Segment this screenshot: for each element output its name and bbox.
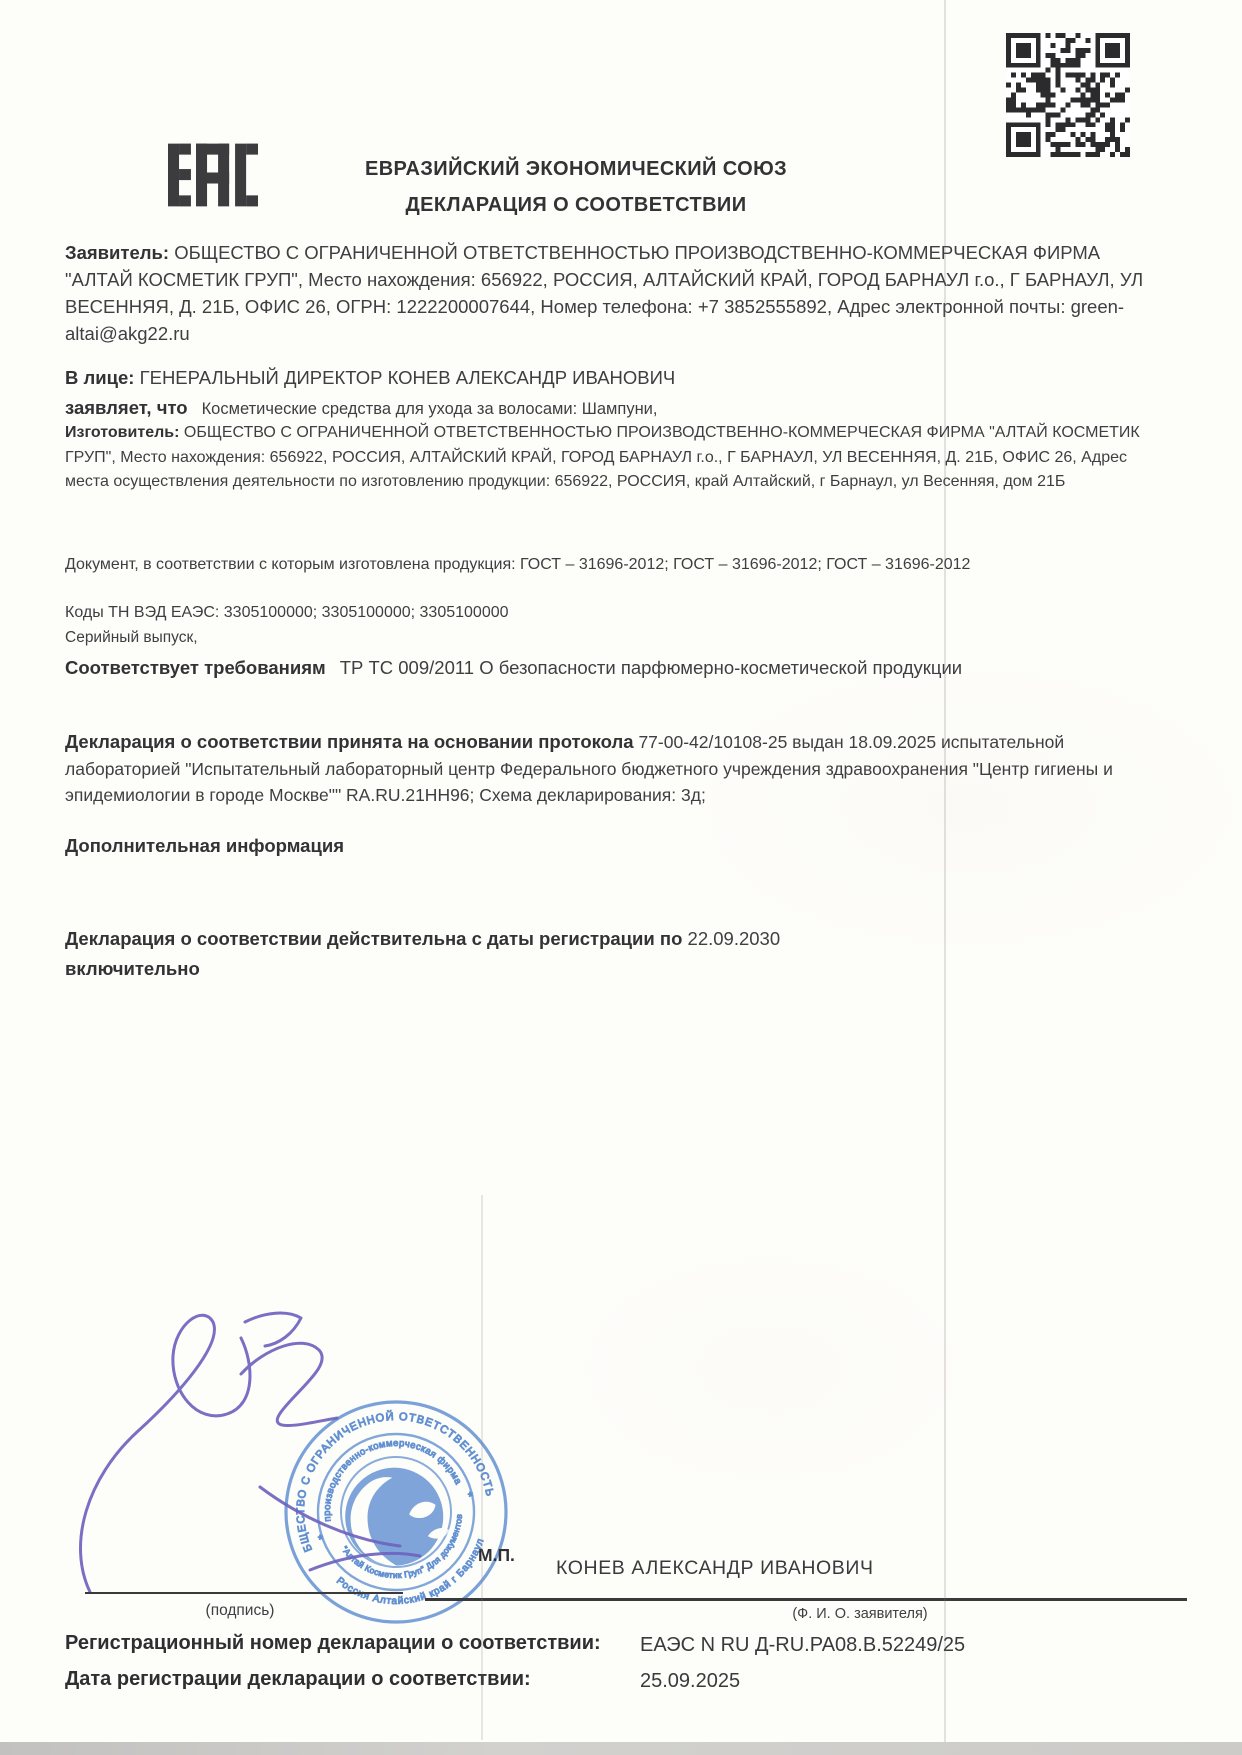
- in-person-label: В лице:: [65, 367, 134, 388]
- production-document-section: Документ, в соответствии с которым изгот…: [65, 553, 1165, 577]
- signature-caption: (подпись): [150, 1602, 330, 1620]
- scan-edge-shadow: [0, 1742, 1242, 1755]
- scan-crease-line: [481, 1195, 483, 1740]
- complies-label: Соответствует требованиям: [65, 657, 326, 678]
- signature-ink: [55, 1282, 475, 1627]
- tnved-codes-section: Коды ТН ВЭД ЕАЭС: 3305100000; 3305100000…: [65, 604, 1165, 622]
- validity-date: 22.09.2030: [688, 928, 781, 949]
- declaration-document: ЕВРАЗИЙСКИЙ ЭКОНОМИЧЕСКИЙ СОЮЗ ДЕКЛАРАЦИ…: [0, 0, 1242, 1755]
- validity-suffix: включительно: [65, 958, 200, 979]
- validity-section: Декларация о соответствии действительна …: [65, 924, 895, 984]
- manufacturer-text: ОБЩЕСТВО С ОГРАНИЧЕННОЙ ОТВЕТСТВЕННОСТЬЮ…: [65, 424, 1140, 490]
- declares-label: заявляет, что: [65, 397, 188, 418]
- manufacturer-label: Изготовитель:: [65, 424, 179, 441]
- registration-date-value: 25.09.2025: [640, 1670, 740, 1693]
- basis-label: Декларация о соответствии принята на осн…: [65, 731, 634, 752]
- signature-line: [85, 1592, 403, 1594]
- qr-code-icon: [1006, 33, 1130, 157]
- production-document-text: Документ, в соответствии с которым изгот…: [65, 556, 970, 573]
- name-line: [425, 1598, 1187, 1601]
- declares-section: заявляет, чтоКосметические средства для …: [65, 397, 1150, 419]
- union-title: ЕВРАЗИЙСКИЙ ЭКОНОМИЧЕСКИЙ СОЮЗ: [40, 158, 1112, 181]
- applicant-text: ОБЩЕСТВО С ОГРАНИЧЕННОЙ ОТВЕТСТВЕННОСТЬЮ…: [65, 242, 1143, 344]
- in-person-text: ГЕНЕРАЛЬНЫЙ ДИРЕКТОР КОНЕВ АЛЕКСАНДР ИВА…: [140, 367, 676, 388]
- serial-production-text: Серийный выпуск,: [65, 629, 198, 646]
- stamp-place-label: М.П.: [478, 1545, 515, 1566]
- name-caption: (Ф. И. О. заявителя): [760, 1606, 960, 1622]
- applicant-section: Заявитель: ОБЩЕСТВО С ОГРАНИЧЕННОЙ ОТВЕТ…: [65, 239, 1150, 347]
- additional-info-label: Дополнительная информация: [65, 835, 344, 857]
- registration-date-label: Дата регистрации декларации о соответств…: [65, 1668, 531, 1691]
- manufacturer-section: Изготовитель: ОБЩЕСТВО С ОГРАНИЧЕННОЙ ОТ…: [65, 421, 1165, 495]
- basis-section: Декларация о соответствии принята на осн…: [65, 729, 1145, 809]
- tnved-codes-text: Коды ТН ВЭД ЕАЭС: 3305100000; 3305100000…: [65, 604, 509, 621]
- complies-section: Соответствует требованиямТР ТС 009/2011 …: [65, 653, 1005, 683]
- product-text: Косметические средства для ухода за воло…: [202, 400, 658, 418]
- registration-number-label: Регистрационный номер декларации о соотв…: [65, 1632, 601, 1655]
- scan-crease-line: [944, 0, 946, 1755]
- in-person-section: В лице: ГЕНЕРАЛЬНЫЙ ДИРЕКТОР КОНЕВ АЛЕКС…: [65, 367, 1150, 389]
- complies-text: ТР ТС 009/2011 О безопасности парфюмерно…: [340, 657, 962, 678]
- declarant-name: КОНЕВ АЛЕКСАНДР ИВАНОВИЧ: [556, 1557, 874, 1580]
- serial-production-section: Серийный выпуск,: [65, 629, 1165, 647]
- applicant-label: Заявитель:: [65, 242, 169, 263]
- doc-type-title: ДЕКЛАРАЦИЯ О СООТВЕТСТВИИ: [40, 194, 1112, 217]
- validity-label: Декларация о соответствии действительна …: [65, 928, 682, 949]
- document-header: ЕВРАЗИЙСКИЙ ЭКОНОМИЧЕСКИЙ СОЮЗ ДЕКЛАРАЦИ…: [40, 158, 1112, 217]
- registration-number-value: ЕАЭС N RU Д-RU.РА08.В.52249/25: [640, 1634, 965, 1657]
